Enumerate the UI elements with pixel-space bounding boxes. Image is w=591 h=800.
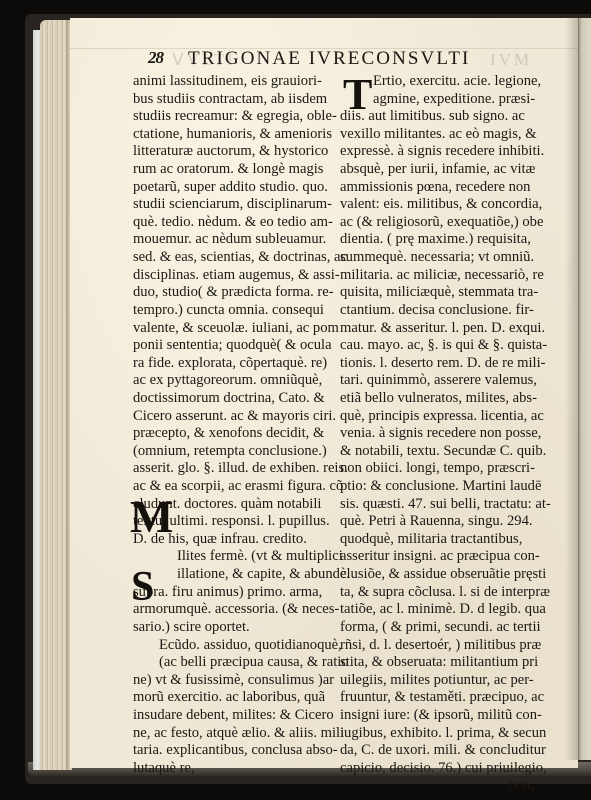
text-line: mouemur. ac nèdum subleuamur. — [133, 231, 333, 249]
folio-number: 28 — [148, 48, 163, 68]
text-line: valent: eis. militibus, & concordia, — [340, 196, 552, 214]
text-line: da, C. de uxori. mili. & concluditur — [340, 742, 552, 760]
text-line: rñsi, d. l. desertoér, ) militibus præ — [340, 637, 552, 655]
text-line: quodquè, militaria tractantibus, — [340, 531, 552, 549]
text-line: ac (& religiosorũ, exequatiõe,) obe — [340, 214, 552, 232]
text-line: morũ exercitio. ac laboribus, quã — [133, 689, 333, 707]
text-line: animi lassitudinem, eis grauiori- — [133, 73, 333, 91]
text-line: absquè, per iurii, infamie, ac vitæ — [340, 161, 552, 179]
text-line: dientia. ( prę maxime.) requisita, — [340, 231, 552, 249]
text-line: ra fide. explorata, cõpertaquè. re) — [133, 355, 333, 373]
text-line: fruuntur, & testaměti. præcipuo, ac — [340, 689, 552, 707]
running-head: TRIGONAE IVRECONSVLTI — [188, 48, 470, 70]
text-line: (ac belli præcipua causa, & ratio — [133, 654, 333, 672]
text-line: venia. à signis recedere non posse, — [340, 425, 552, 443]
text-line: què. Petri à Rauenna, singu. 294. — [340, 513, 552, 531]
text-line: tatiõe, ac l. minimè. D. d legib. qua — [340, 601, 552, 619]
text-line: disciplinas. etiam augemus, & assi- — [133, 267, 333, 285]
drop-cap-s: S — [131, 566, 154, 608]
text-line: lutaquè re, — [133, 760, 333, 778]
text-line: tempro.) cuncta omnia. consequi — [133, 302, 333, 320]
text-line: studii scienciarum, disciplinarum- — [133, 196, 333, 214]
text-line: (omnium, retempta conclusione.) — [133, 443, 333, 461]
text-line: tionis. l. deserto rem. D. de re mili- — [340, 355, 552, 373]
text-line: studiis recreamur: & egregia, oble- — [133, 108, 333, 126]
text-line: Cicero asserunt. ac & mayoris ciri. — [133, 408, 333, 426]
text-line: insudare debent, milites: & Cicero — [133, 707, 333, 725]
right-column: Ertio, exercitu. acie. legione, agmine, … — [340, 73, 552, 795]
text-line: ponii sententia; quodquè( & ocula — [133, 337, 333, 355]
text-line: sario.) scire oportet. — [133, 619, 333, 637]
text-line: rum ac oratorum. & longè magis — [133, 161, 333, 179]
text-line: non obiici. longi, tempo, præscri- — [340, 460, 552, 478]
text-line: asseritur insigni. ac præcipua con- — [340, 548, 552, 566]
text-line: ne, ac festo, atquè ælio. & aliis. mili — [133, 725, 333, 743]
text-line: ta, & supra cõclusa. l. si de interpræ — [340, 584, 552, 602]
text-line: taria. explicantibus, conclusa abso- — [133, 742, 333, 760]
text-line: forma, ( & primi, secundi. ac tertii — [340, 619, 552, 637]
text-line: ac ex pyttagoreorum. omniũquè, — [133, 372, 333, 390]
text-line: præcepto, & xenofons decidit, & — [133, 425, 333, 443]
text-line: capicio, decisio. 76.) cui priuilegio, — [340, 760, 552, 778]
text-line: ctantium. decisa conclusione. fir- — [340, 302, 552, 320]
page-header: ᐯVLTI IVM 28 TRIGONAE IVRECONSVLTI — [120, 48, 560, 70]
text-line: stita, & obseruata: militantium pri — [340, 654, 552, 672]
text-line: illatione, & capite, & abundè. — [133, 566, 333, 584]
text-line: sis. quæsti. 47. sui belli, tractatu: at… — [340, 496, 552, 514]
text-line: expressè. à signis recedere inhibiti. — [340, 143, 552, 161]
text-line: asserit. glo. §. illud. de exhiben. reis… — [133, 460, 333, 478]
text-line: Ilites fermè. (vt & multiplici — [133, 548, 333, 566]
text-line: etiã bello vulneratos, milites, abs- — [340, 390, 552, 408]
text-line: supra. firu animus) primo. arma, — [133, 584, 333, 602]
text-line: valente, & sceuolæ. iuliani, ac pom — [133, 320, 333, 338]
text-line: què. tedio. nèdum. & eo tedio am- — [133, 214, 333, 232]
text-line: bus studiis contractam, ab iisdem — [133, 91, 333, 109]
page-block-edges — [40, 20, 72, 770]
text-line: insigni iure: (& ipsorũ, militũ con- — [340, 707, 552, 725]
text-line: poetarũ, super addito studio. quo. — [133, 179, 333, 197]
facing-leaf-edge — [578, 18, 591, 760]
text-line: litteraturæ auctorum, & hystorico — [133, 143, 333, 161]
text-line: uilegiis, milites potiuntur, ac per- — [340, 672, 552, 690]
text-line: armorumquè. accessoria. (& neces- — [133, 601, 333, 619]
text-line: matur. & asseritur. l. pen. D. exqui. — [340, 320, 552, 338]
show-through-text: IVM — [490, 50, 532, 70]
text-line: clusiõe, & assidue obseruãtie pręsti — [340, 566, 552, 584]
text-line: sed. & eas, scientias, & doctrinas, ac — [133, 249, 333, 267]
catchword: non, — [340, 777, 552, 795]
text-line: quisita, miliciæquè, stemmata tra- — [340, 284, 552, 302]
gutter-shadow — [565, 18, 579, 760]
drop-cap-t: T — [343, 73, 372, 117]
text-line: militaria. ac miliciæ, necessariò, re — [340, 267, 552, 285]
text-line: cau. mayo. ac, §. is qui & §. quista- — [340, 337, 552, 355]
drop-cap-m: M — [130, 494, 173, 540]
text-line: & notabili, textu. Secundæ C. quib. — [340, 443, 552, 461]
text-line: ammissionis pœna, recedere non — [340, 179, 552, 197]
text-line: ne) vt & fusissimè, consulimus )ar — [133, 672, 333, 690]
text-line: ptio: & conclusione. Martini laudē — [340, 478, 552, 496]
text-line: tari. quinimmò, asserere valemus, — [340, 372, 552, 390]
text-line: què, principis expressa. licentia, ac — [340, 408, 552, 426]
text-line: iugibus, exhibito. l. prima, & secun — [340, 725, 552, 743]
text-line: ctatione, humanioris, & amenioris — [133, 126, 333, 144]
text-line: summequè. necessaria; vt omniũ. — [340, 249, 552, 267]
text-line: doctissimorum doctrina, Cato. & — [133, 390, 333, 408]
text-line: duo, studio( & prædicta forma. re- — [133, 284, 333, 302]
left-column: animi lassitudinem, eis grauiori- bus st… — [133, 73, 333, 777]
text-line: vexillo militantes. ac eò magis, & — [340, 126, 552, 144]
text-line: Ecũdo. assiduo, quotidianoquè, — [133, 637, 333, 655]
